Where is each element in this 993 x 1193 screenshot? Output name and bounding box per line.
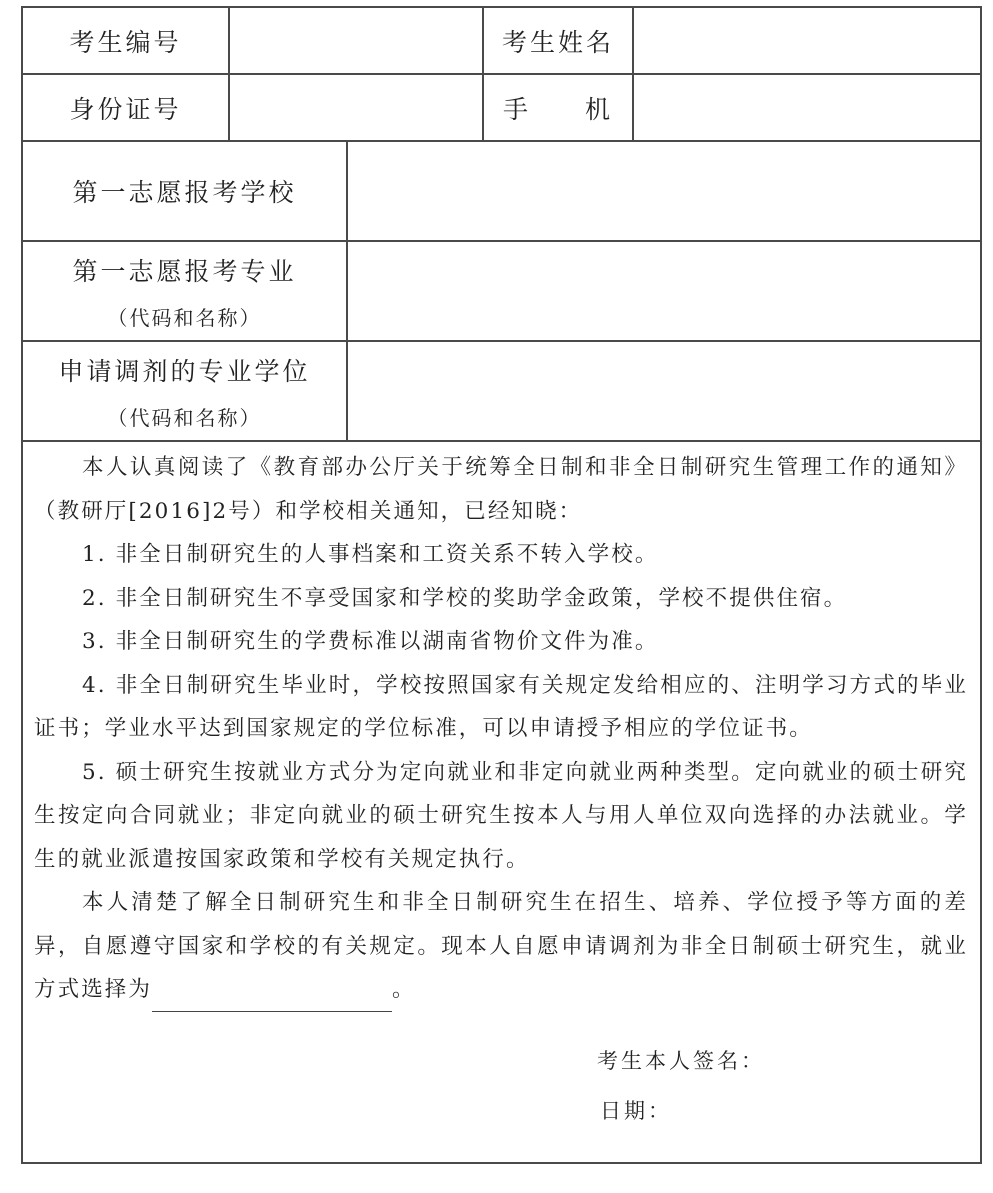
declaration-item: 1. 非全日制研究生的人事档案和工资关系不转入学校。	[34, 533, 968, 577]
adjustment-degree-sublabel: （代码和名称）	[108, 402, 262, 431]
employment-choice-blank[interactable]	[152, 981, 392, 1012]
date-label: 日期：	[600, 1095, 672, 1125]
mobile-field[interactable]	[634, 75, 980, 140]
first-choice-major-field[interactable]	[348, 242, 980, 340]
adjustment-degree-field[interactable]	[348, 342, 980, 440]
candidate-name-label: 考生姓名	[484, 8, 632, 73]
first-choice-school-label: 第一志愿报考学校	[23, 142, 346, 240]
candidate-number-field[interactable]	[230, 8, 482, 73]
first-choice-school-label-text: 第一志愿报考学校	[72, 173, 296, 209]
table-border-right	[980, 6, 982, 1164]
declaration-closing: 本人清楚了解全日制研究生和非全日制研究生在招生、培养、学位授予等方面的差异，自愿…	[34, 881, 968, 1012]
candidate-number-label: 考生编号	[23, 8, 228, 73]
mobile-label: 手 机	[484, 75, 632, 140]
mobile-label-char: 机	[585, 90, 613, 126]
mobile-label-char: 手	[503, 90, 531, 126]
id-number-field[interactable]	[230, 75, 482, 140]
declaration-item: 5. 硕士研究生按就业方式分为定向就业和非定向就业两种类型。定向就业的硕士研究生…	[34, 751, 968, 882]
candidate-name-label-text: 考生姓名	[502, 23, 614, 59]
declaration-text: 本人认真阅读了《教育部办公厅关于统筹全日制和非全日制研究生管理工作的通知》（教研…	[34, 446, 968, 1012]
id-number-label: 身份证号	[23, 75, 228, 140]
table-border-bottom	[21, 1162, 982, 1164]
first-choice-major-sublabel: （代码和名称）	[108, 302, 262, 331]
declaration-intro: 本人认真阅读了《教育部办公厅关于统筹全日制和非全日制研究生管理工作的通知》（教研…	[34, 446, 968, 533]
signer-label: 考生本人签名：	[597, 1045, 765, 1075]
first-choice-school-field[interactable]	[348, 142, 980, 240]
declaration-item: 2. 非全日制研究生不享受国家和学校的奖助学金政策，学校不提供住宿。	[34, 577, 968, 621]
declaration-item: 3. 非全日制研究生的学费标准以湖南省物价文件为准。	[34, 620, 968, 664]
row-divider	[21, 440, 982, 442]
adjustment-degree-label-text: 申请调剂的专业学位	[58, 352, 310, 388]
first-choice-major-label: 第一志愿报考专业 （代码和名称）	[23, 242, 346, 340]
candidate-name-field[interactable]	[634, 8, 980, 73]
candidate-number-label-text: 考生编号	[69, 23, 181, 59]
declaration-closing-end: 。	[392, 977, 416, 1002]
id-number-label-text: 身份证号	[69, 90, 181, 126]
declaration-item: 4. 非全日制研究生毕业时，学校按照国家有关规定发给相应的、注明学习方式的毕业证…	[34, 664, 968, 751]
adjustment-degree-label: 申请调剂的专业学位 （代码和名称）	[23, 342, 346, 440]
first-choice-major-label-text: 第一志愿报考专业	[72, 252, 296, 288]
